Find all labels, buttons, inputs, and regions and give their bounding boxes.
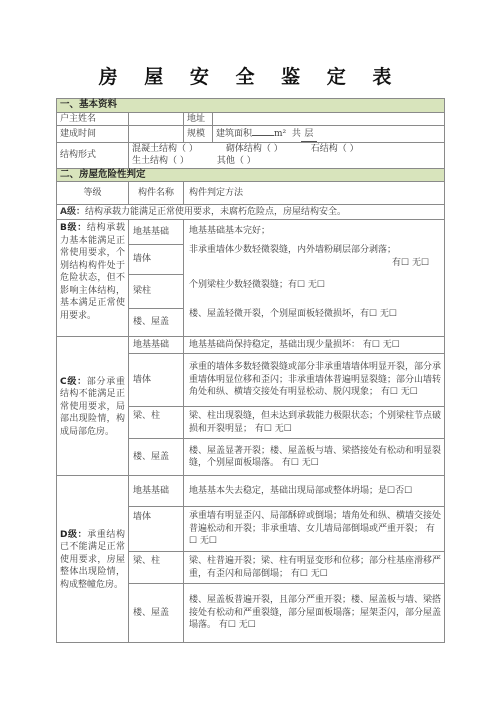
method-text: 梁、柱普遍开裂；梁、柱有明显变形和位移；部分柱基座滑移严重，有歪闪和局部倒塌； … (184, 552, 445, 584)
method-text: 地基基础基本完好； (189, 225, 441, 244)
grade-c-row-1: C级：部分承重结构不能满足正常使用要求，局部出现险情，构成局部危房。 地基基础 … (57, 337, 445, 354)
method-text: 非承重墙体少数轻微裂缝，内外墙粉刷层部分剥落； (189, 244, 441, 257)
grade-b-row-1: B级：结构承载力基本能满足正常使用要求，个别结构构件处于危险状态，但不影响主体结… (57, 220, 445, 245)
section2-header: 二、房屋危险性判定 (57, 168, 445, 182)
col-method: 构件判定方法 (184, 182, 445, 205)
option-stone[interactable]: 石结构（ ） (311, 144, 359, 154)
component: 墙体 (129, 245, 184, 275)
method-text: 承重的墙体多数轻微裂缝或部分非承重墙墙体明显开裂，部分承重墙体明显位移和歪闪；非… (184, 354, 445, 407)
grade-a-text: 结构承载力能满足正常使用要求，未腐朽危险点，房屋结构安全。 (85, 207, 346, 217)
floors-prefix: 共 (292, 129, 301, 139)
option-concrete[interactable]: 混凝土结构（ ） (132, 144, 198, 154)
grade-b-methods: 地基基础基本完好； 非承重墙体少数轻微裂缝，内外墙粉刷层部分剥落； 有☐ 无☐ … (184, 220, 445, 337)
grade-a-row: A级：结构承载力能满足正常使用要求，未腐朽危险点，房屋结构安全。 (57, 205, 445, 220)
method-text: 梁、柱出现裂缝，但未达到承载能力极限状态；个别梁柱节点破损和开裂明显； 有☐ 无… (184, 407, 445, 439)
grade-a-label: A级： (60, 207, 85, 217)
grade-b-desc: B级：结构承载力基本能满足正常使用要求，个别结构构件处于危险状态，但不影响主体结… (57, 220, 129, 337)
component: 楼、屋盖 (129, 439, 184, 476)
component: 地基基础 (129, 220, 184, 245)
owner-row: 户主姓名 地址 (57, 112, 445, 126)
address-value[interactable] (213, 112, 445, 126)
built-label: 建成时间 (57, 126, 129, 143)
page-title: 房 屋 安 全 鉴 定 表 (0, 62, 500, 89)
column-header-row: 等级 构件名称 构件判定方法 (57, 182, 445, 205)
grade-b-text: 结构承载力基本能满足正常使用要求，个别结构构件处于危险状态，但不影响主体结构，基… (60, 223, 125, 321)
method-text: 个别梁柱少数轻微裂缝；有☐ 无☐ (189, 279, 441, 308)
built-value[interactable] (129, 126, 184, 143)
scale-value[interactable]: 建筑面积m² 共层 (213, 126, 445, 143)
component: 梁、柱 (129, 407, 184, 439)
option-earth[interactable]: 生土结构（ ） (132, 156, 189, 166)
owner-label: 户主姓名 (57, 112, 129, 126)
grade-b-label: B级： (60, 223, 87, 233)
col-component: 构件名称 (129, 182, 184, 205)
grade-c-label: C级： (60, 377, 87, 387)
floors-blank[interactable]: 层 (301, 128, 317, 142)
check-box[interactable]: 有☐ 无☐ (189, 257, 441, 279)
component: 梁、柱 (129, 552, 184, 584)
option-other[interactable]: 其他（ ） (217, 156, 256, 166)
section1-header-row: 一、基本资料 (57, 99, 445, 113)
component: 楼、屋盖 (129, 584, 184, 643)
component: 墙体 (129, 354, 184, 407)
structure-row: 结构形式 混凝土结构（ ）砌体结构（ ）石结构（ ） 生土结构（ ）其他（ ） (57, 142, 445, 168)
section1-header: 一、基本资料 (57, 99, 445, 113)
component: 墙体 (129, 507, 184, 552)
section2-header-row: 二、房屋危险性判定 (57, 168, 445, 182)
grade-d-row-1: D级：承重结构已不能满足正常使用要求，房屋整体出现险情，构成整幢危房。 地基基础… (57, 476, 445, 507)
grade-d-desc: D级：承重结构已不能满足正常使用要求，房屋整体出现险情，构成整幢危房。 (57, 476, 129, 643)
option-masonry[interactable]: 砌体结构（ ） (226, 144, 283, 154)
method-text: 楼、屋盖轻微开裂，个别屋面板轻微损坏，有☐ 无☐ (189, 308, 441, 321)
col-grade: 等级 (57, 182, 129, 205)
structure-label: 结构形式 (57, 142, 129, 168)
method-text: 楼、屋盖板普遍开裂，且部分严重开裂；楼、屋盖板与墙、梁搭接处有松动和严重裂缝，部… (184, 584, 445, 643)
component: 梁柱 (129, 275, 184, 309)
component: 楼、屋盖 (129, 309, 184, 337)
method-text: 楼、屋盖显著开裂；楼、屋盖板与墙、梁搭接处有松动和明显裂缝，个别屋面板塌落。 有… (184, 439, 445, 476)
owner-value[interactable] (129, 112, 184, 126)
scale-unit: m² (274, 129, 286, 139)
built-row: 建成时间 规模 建筑面积m² 共层 (57, 126, 445, 143)
scale-label: 规模 (184, 126, 213, 143)
component: 地基基础 (129, 476, 184, 507)
method-text: 地基基础尚保持稳定，基础出现少量损坏： 有☐ 无☐ (184, 337, 445, 354)
area-blank[interactable] (252, 126, 274, 136)
method-text: 地基基本失去稳定，基础出现局部或整体坍塌；是☐否☐ (184, 476, 445, 507)
safety-assessment-table: 一、基本资料 户主姓名 地址 建成时间 规模 建筑面积m² 共层 结构形式 混凝… (56, 98, 445, 643)
floors-suffix: 层 (304, 129, 313, 139)
component: 地基基础 (129, 337, 184, 354)
structure-options: 混凝土结构（ ）砌体结构（ ）石结构（ ） 生土结构（ ）其他（ ） (129, 142, 445, 168)
grade-c-desc: C级：部分承重结构不能满足正常使用要求，局部出现险情，构成局部危房。 (57, 337, 129, 476)
grade-d-label: D级： (60, 530, 87, 540)
method-text: 承重墙有明显歪闪、局部酥碎或倒塌；墙角处和纵、横墙交接处普遍松动和开裂；非承重墙… (184, 507, 445, 552)
address-label: 地址 (184, 112, 213, 126)
scale-area-label: 建筑面积 (216, 129, 252, 139)
